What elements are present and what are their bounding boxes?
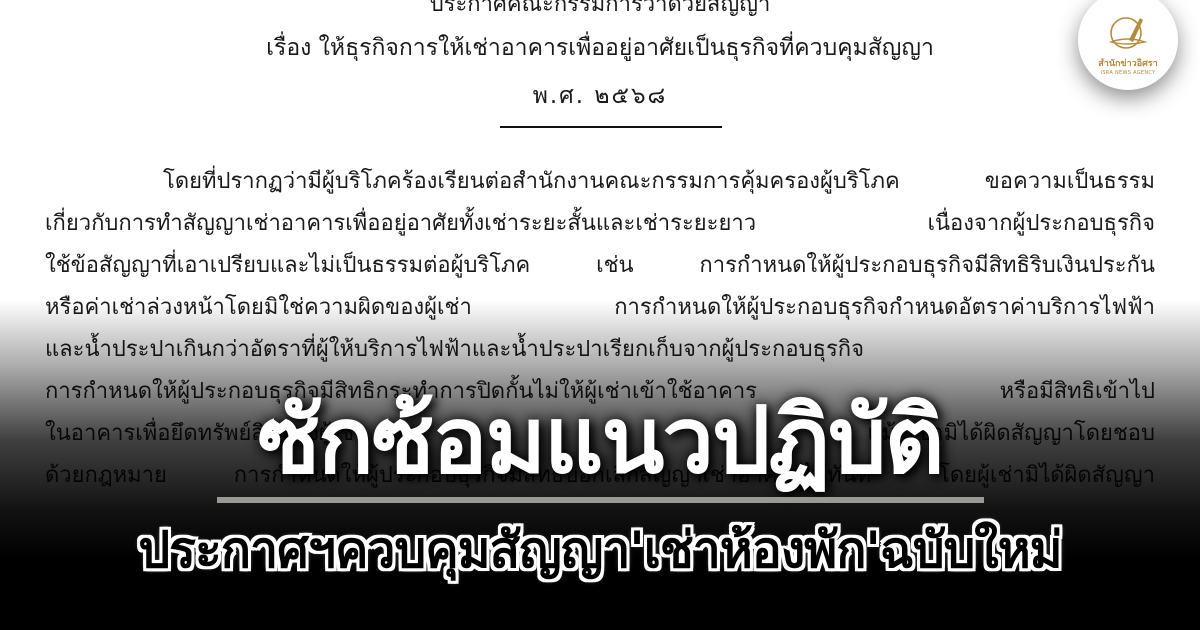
headline-rule (217, 497, 984, 503)
subheadline: ประกาศฯควบคุมสัญญา'เช่าห้องพัก'ฉบับใหม่ (0, 523, 1200, 578)
headline: ซักซ้อมแนวปฏิบัติ (0, 395, 1200, 487)
logo-name-thai: สำนักข่าวอิศรา (1098, 56, 1157, 70)
logo-name-english: ISRA NEWS AGENCY (1101, 70, 1156, 76)
pen-nib-icon (1107, 12, 1149, 54)
